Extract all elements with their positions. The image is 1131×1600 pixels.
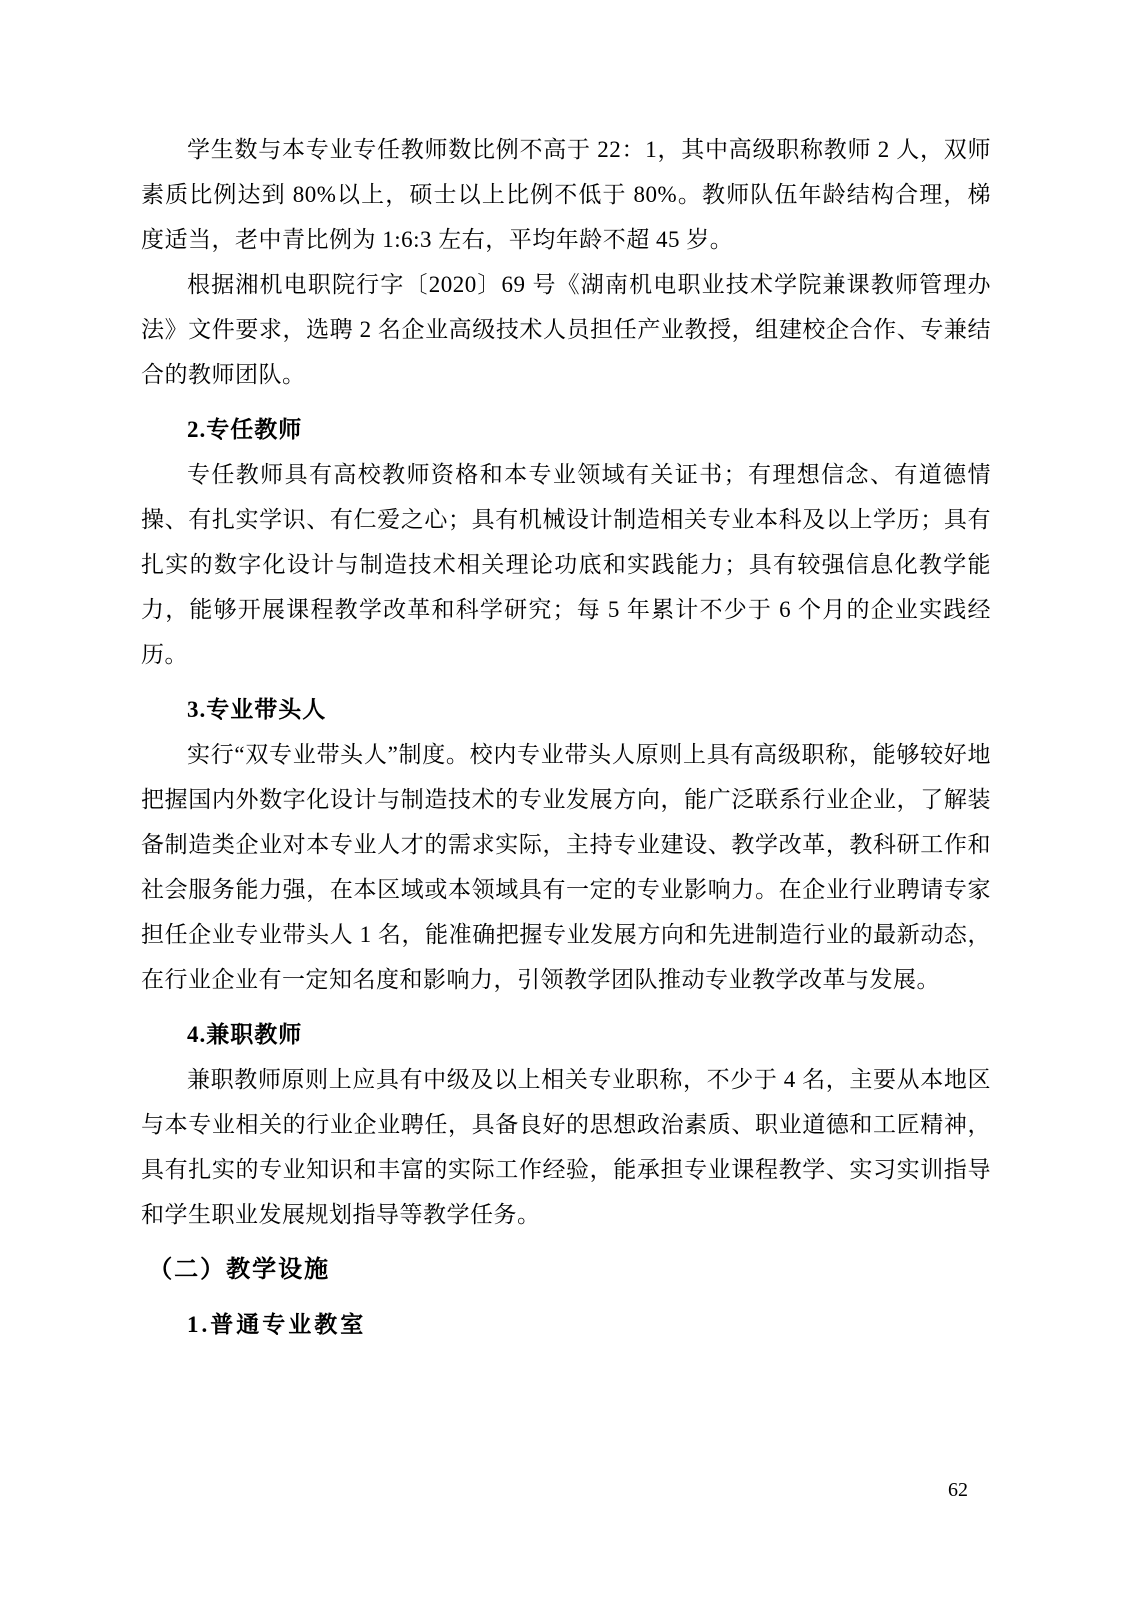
heading-teaching-facilities: （二）教学设施 (141, 1247, 991, 1292)
paragraph-part-time-teachers: 兼职教师原则上应具有中级及以上相关专业职称，不少于 4 名，主要从本地区与本专业… (141, 1057, 991, 1237)
paragraph-industry-professor: 根据湘机电职院行字〔2020〕69 号《湖南机电职业技术学院兼课教师管理办法》文… (141, 262, 991, 397)
heading-ordinary-classroom: 1.普通专业教室 (141, 1302, 991, 1347)
paragraph-student-teacher-ratio: 学生数与本专业专任教师数比例不高于 22：1，其中高级职称教师 2 人，双师素质… (141, 127, 991, 262)
paragraph-full-time-teachers: 专任教师具有高校教师资格和本专业领域有关证书；有理想信念、有道德情操、有扎实学识… (141, 452, 991, 677)
heading-part-time-teachers: 4.兼职教师 (141, 1012, 991, 1057)
page-number: 62 (948, 1478, 968, 1502)
heading-full-time-teachers: 2.专任教师 (141, 407, 991, 452)
document-body: 学生数与本专业专任教师数比例不高于 22：1，其中高级职称教师 2 人，双师素质… (141, 127, 991, 1347)
heading-program-leader: 3.专业带头人 (141, 687, 991, 732)
paragraph-program-leader: 实行“双专业带头人”制度。校内专业带头人原则上具有高级职称，能够较好地把握国内外… (141, 732, 991, 1002)
document-page: 学生数与本专业专任教师数比例不高于 22：1，其中高级职称教师 2 人，双师素质… (0, 0, 1131, 1600)
